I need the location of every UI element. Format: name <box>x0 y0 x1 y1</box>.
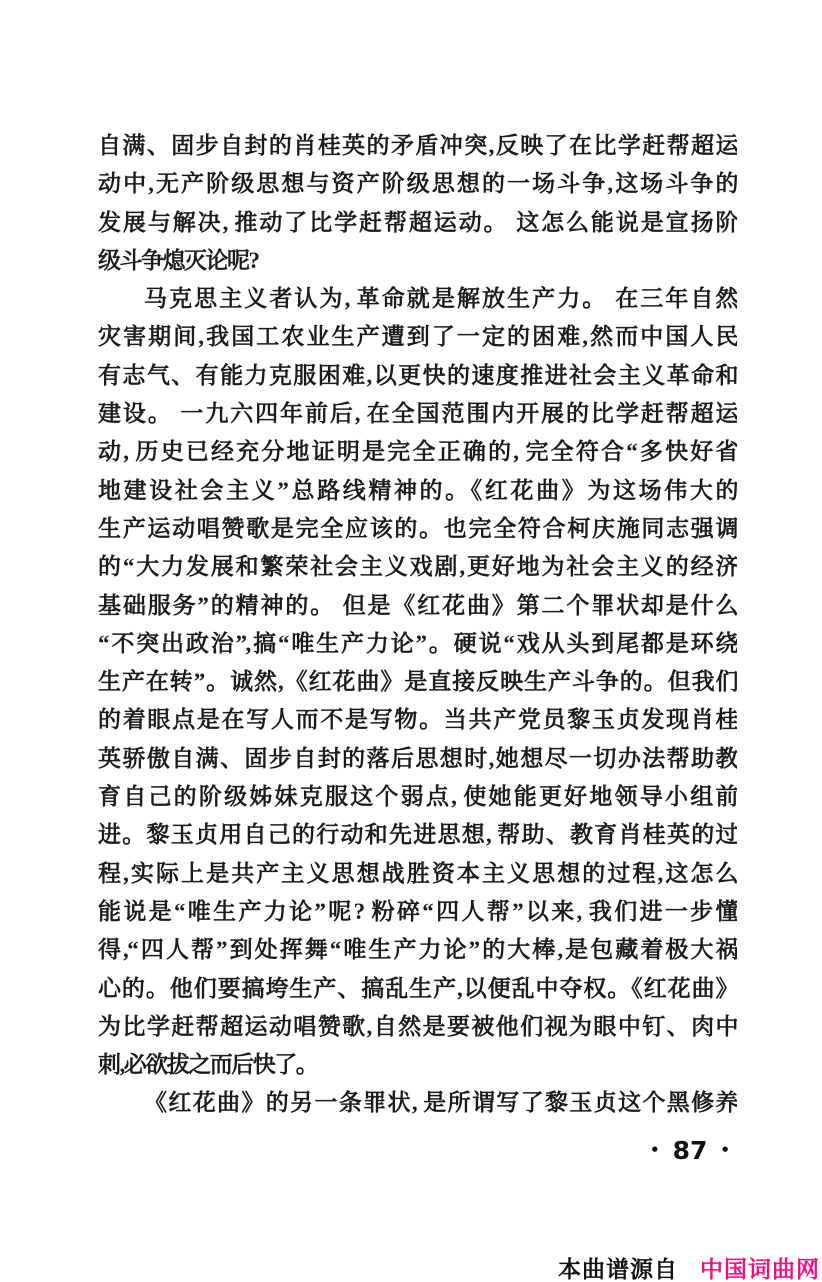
text-line: 马克思主义者认为, 革命就是解放生产力。 在三年自然 <box>98 280 737 318</box>
text-line: 得,“四人帮”到处挥舞“唯生产力论”的大棒,是包藏着极大祸 <box>98 931 737 969</box>
text-line: 发展与解决, 推动了比学赶帮超运动。 这怎么能说是宣扬阶 <box>98 204 737 242</box>
page-number-right-dot: • <box>720 1143 730 1158</box>
text-line: 动中,无产阶级思想与资产阶级思想的一场斗争,这场斗争的 <box>98 165 737 203</box>
page-number: • 87 • <box>628 1133 752 1167</box>
text-line: 生产运动唱赞歌是完全应该的。也完全符合柯庆施同志强调 <box>98 510 737 548</box>
page-number-value: 87 <box>673 1136 708 1165</box>
text-line: 为比学赶帮超运动唱赞歌,自然是要被他们视为眼中钉、肉中 <box>98 1008 737 1046</box>
book-page: 自满、固步自封的肖桂英的矛盾冲突,反映了在比学赶帮超运动中,无产阶级思想与资产阶… <box>0 0 822 1282</box>
watermark-source-label: 本曲谱源自 <box>558 1251 678 1282</box>
text-block: 自满、固步自封的肖桂英的矛盾冲突,反映了在比学赶帮超运动中,无产阶级思想与资产阶… <box>98 127 737 1123</box>
text-line: 刺,必欲拔之而后快了。 <box>98 1046 737 1084</box>
text-line: 地建设社会主义”总路线精神的。《红花曲》为这场伟大的 <box>98 472 737 510</box>
text-line: 基础服务”的精神的。 但是《红花曲》第二个罪状却是什么 <box>98 587 737 625</box>
text-line: 育自己的阶级姊妹克服这个弱点, 使她能更好地领导小组前 <box>98 778 737 816</box>
watermark: 本曲谱源自 中国词曲网 <box>558 1251 820 1282</box>
text-line: 心的。他们要搞垮生产、搞乱生产,以便乱中夺权。《红花曲》 <box>98 970 737 1008</box>
text-line: 的着眼点是在写人而不是写物。当共产党员黎玉贞发现肖桂 <box>98 701 737 739</box>
text-line: 程,实际上是共产主义思想战胜资本主义思想的过程,这怎么 <box>98 855 737 893</box>
text-line: 进。黎玉贞用自己的行动和先进思想, 帮助、教育肖桂英的过 <box>98 816 737 854</box>
text-line: 建设。 一九六四年前后, 在全国范围内开展的比学赶帮超运 <box>98 395 737 433</box>
text-line: 《红花曲》的另一条罪状, 是所谓写了黎玉贞这个黑修养 <box>98 1084 737 1122</box>
text-line: 生产在转”。诚然,《红花曲》是直接反映生产斗争的。但我们 <box>98 663 737 701</box>
text-line: 灾害期间,我国工农业生产遭到了一定的困难,然而中国人民 <box>98 318 737 356</box>
text-line: “不突出政治”,搞“唯生产力论”。硬说“戏从头到尾都是环绕 <box>98 625 737 663</box>
text-line: 自满、固步自封的肖桂英的矛盾冲突,反映了在比学赶帮超运 <box>98 127 737 165</box>
text-line: 有志气、有能力克服困难,以更快的速度推进社会主义革命和 <box>98 357 737 395</box>
text-line: 的“大力发展和繁荣社会主义戏剧,更好地为社会主义的经济 <box>98 548 737 586</box>
page-number-left-dot: • <box>650 1143 660 1158</box>
text-line: 英骄傲自满、固步自封的落后思想时,她想尽一切办法帮助教 <box>98 740 737 778</box>
text-line: 能说是“唯生产力论”呢? 粉碎“四人帮”以来, 我们进一步懂 <box>98 893 737 931</box>
watermark-site-name: 中国词曲网 <box>700 1251 820 1282</box>
text-line: 级斗争熄灭论呢? <box>98 242 737 280</box>
text-line: 动, 历史已经充分地证明是完全正确的, 完全符合“多快好省 <box>98 433 737 471</box>
